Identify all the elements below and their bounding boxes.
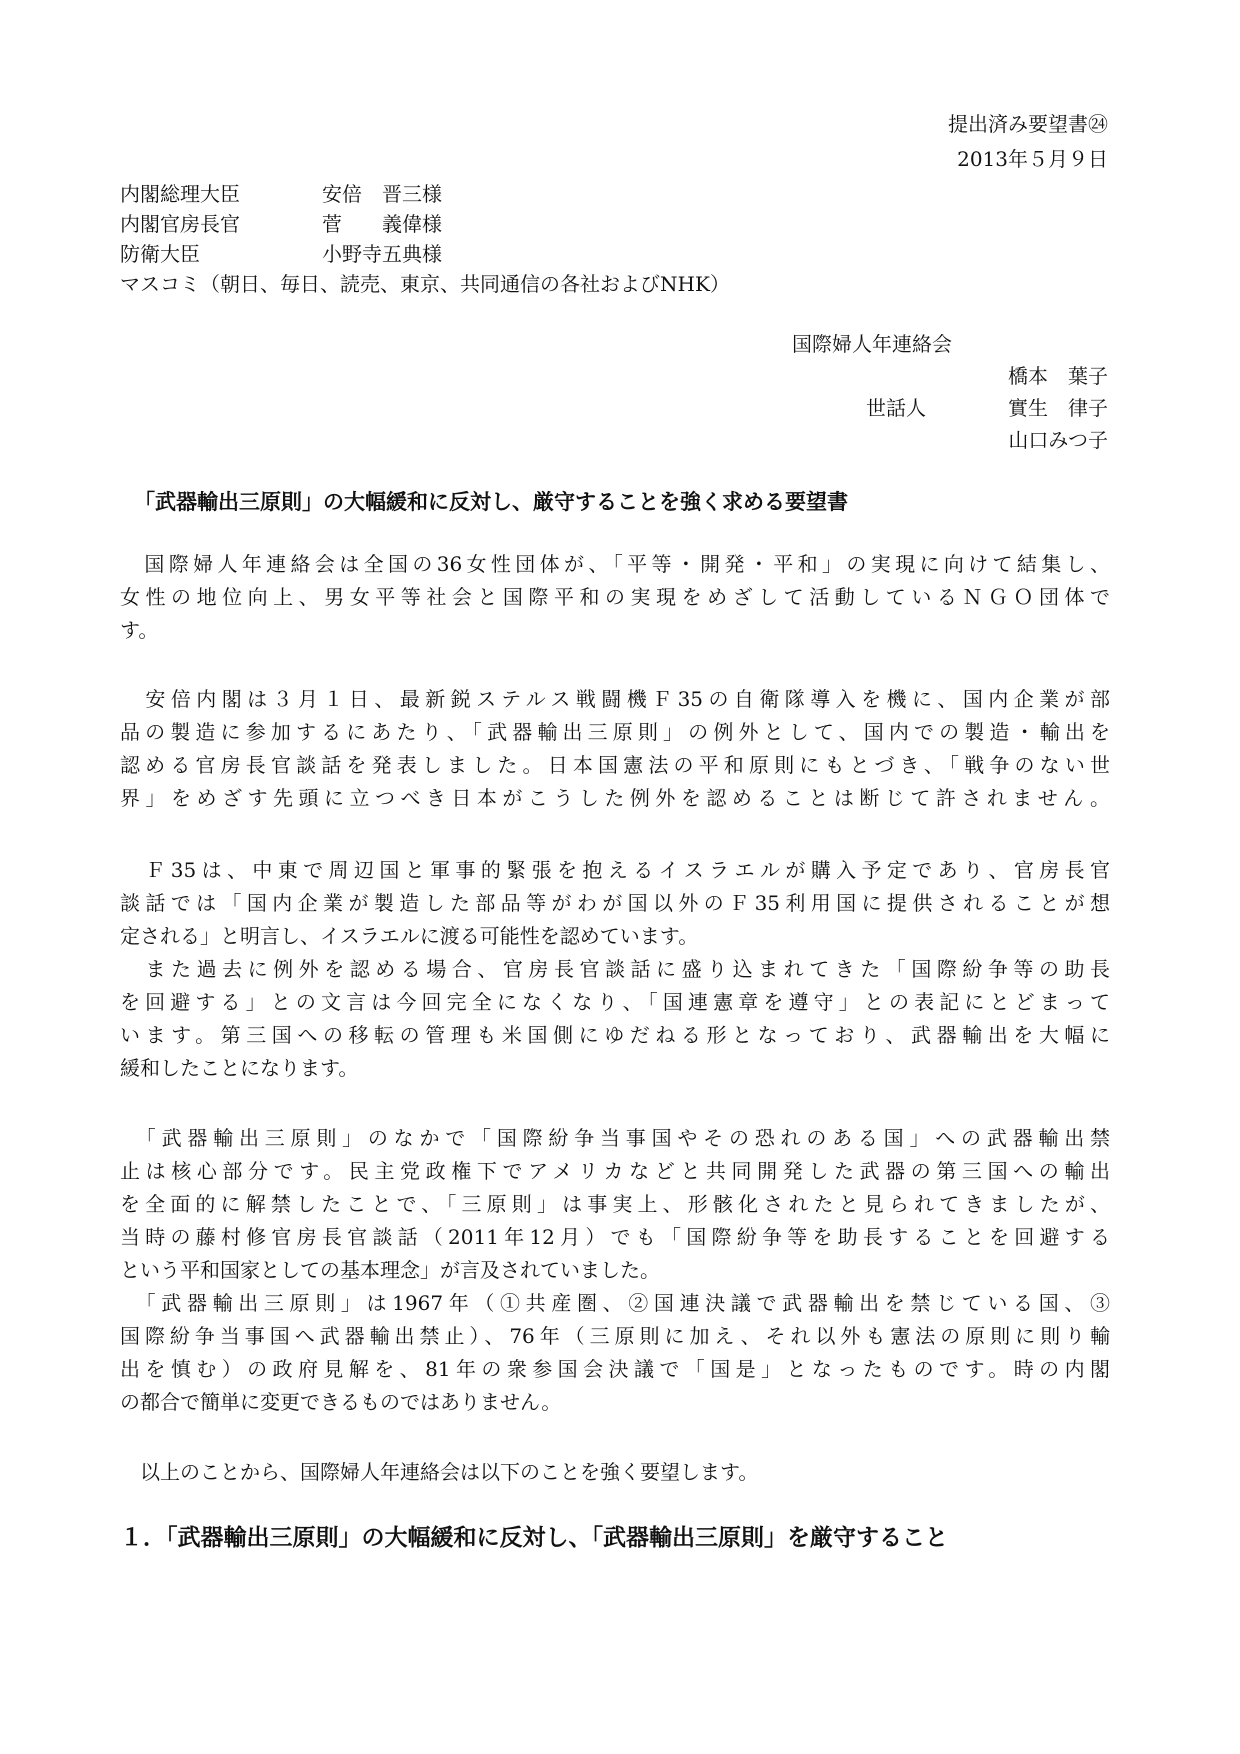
recipient-title: 内閣官房長官 [120, 210, 240, 238]
paragraph-line: 国際紛争当事国へ武器輸出禁止）、76年（三原則に加え、それ以外も憲法の原則に則り… [120, 1322, 1110, 1350]
paragraph-line: Ｆ35は、中東で周辺国と軍事的緊張を抱えるイスラエルが購入予定であり、官房長官 [120, 856, 1110, 884]
recipient-title: 防衛大臣 [120, 240, 200, 268]
recipient-name: 小野寺五典様 [322, 240, 442, 268]
paragraph-line: 定される」と明言し、イスラエルに渡る可能性を認めています。 [120, 922, 698, 950]
paragraph-line: 「武器輸出三原則」のなかで「国際紛争当事国やその恐れのある国」への武器輸出禁 [120, 1124, 1110, 1152]
paragraph-line: を回避する」との文言は今回完全になくなり、「国連憲章を遵守」との表記にとどまって [120, 988, 1110, 1016]
press-recipients: マスコミ（朝日、毎日、読売、東京、共同通信の各社およびNHK） [120, 270, 730, 298]
sender-name: 山口みつ子 [1008, 426, 1108, 454]
sender-name: 橋本 葉子 [1008, 362, 1108, 390]
recipient-name: 菅 義偉様 [322, 210, 442, 238]
paragraph-line: す。 [120, 616, 158, 644]
recipient-name: 安倍 晋三様 [322, 180, 442, 208]
document-date: 2013年５月９日 [957, 145, 1108, 173]
paragraph-line: の都合で簡単に変更できるものではありません。 [120, 1388, 561, 1416]
paragraph-line: 「武器輸出三原則」は1967年（①共産圏、②国連決議で武器輸出を禁じている国、③ [120, 1289, 1110, 1317]
paragraph-line: という平和国家としての基本理念」が言及されていました。 [120, 1256, 660, 1284]
document-title: 「武器輸出三原則」の大幅緩和に反対し、厳守することを強く求める要望書 [134, 488, 848, 516]
paragraph-line: 国際婦人年連絡会は全国の36女性団体が、「平等・開発・平和」の実現に向けて結集し… [120, 550, 1110, 578]
paragraph-line: 以上のことから、国際婦人年連絡会は以下のことを強く要望します。 [120, 1458, 758, 1486]
document-label: 提出済み要望書㉔ [948, 110, 1108, 138]
paragraph-line: 出を慎む）の政府見解を、81年の衆参国会決議で「国是」となったものです。時の内閣 [120, 1355, 1110, 1383]
paragraph-line: 止は核心部分です。民主党政権下でアメリカなどと共同開発した武器の第三国への輸出 [120, 1157, 1110, 1185]
paragraph-line: 安倍内閣は３月１日、最新鋭ステルス戦闘機Ｆ35の自衛隊導入を機に、国内企業が部 [120, 685, 1110, 713]
paragraph-line: います。第三国への移転の管理も米国側にゆだねる形となっており、武器輸出を大幅に [120, 1021, 1110, 1049]
paragraph-line: 界」をめざす先頭に立つべき日本がこうした例外を認めることは断じて許されません。 [120, 784, 1110, 812]
recipient-title: 内閣総理大臣 [120, 180, 240, 208]
sender-role: 世話人 [866, 394, 926, 422]
paragraph-line: 当時の藤村修官房長官談話（2011年12月）でも「国際紛争等を助長することを回避… [120, 1223, 1110, 1251]
sender-organization: 国際婦人年連絡会 [792, 330, 952, 358]
paragraph-line: を全面的に解禁したことで、「三原則」は事実上、形骸化されたと見られてきましたが、 [120, 1190, 1110, 1218]
paragraph-line: 女性の地位向上、男女平等社会と国際平和の実現をめざして活動しているＮＧＯ団体で [120, 583, 1110, 611]
demand-item: １．「武器輸出三原則」の大幅緩和に反対し、「武器輸出三原則」を厳守すること [120, 1524, 948, 1552]
paragraph-line: 品の製造に参加するにあたり、「武器輸出三原則」の例外として、国内での製造・輸出を [120, 718, 1110, 746]
paragraph-line: 認める官房長官談話を発表しました。日本国憲法の平和原則にもとづき、「戦争のない世 [120, 751, 1110, 779]
paragraph-line: 談話では「国内企業が製造した部品等がわが国以外のＦ35利用国に提供されることが想 [120, 889, 1110, 917]
sender-name: 實生 律子 [1008, 394, 1108, 422]
paragraph-line: 緩和したことになります。 [120, 1054, 358, 1082]
paragraph-line: また過去に例外を認める場合、官房長官談話に盛り込まれてきた「国際紛争等の助長 [120, 955, 1110, 983]
